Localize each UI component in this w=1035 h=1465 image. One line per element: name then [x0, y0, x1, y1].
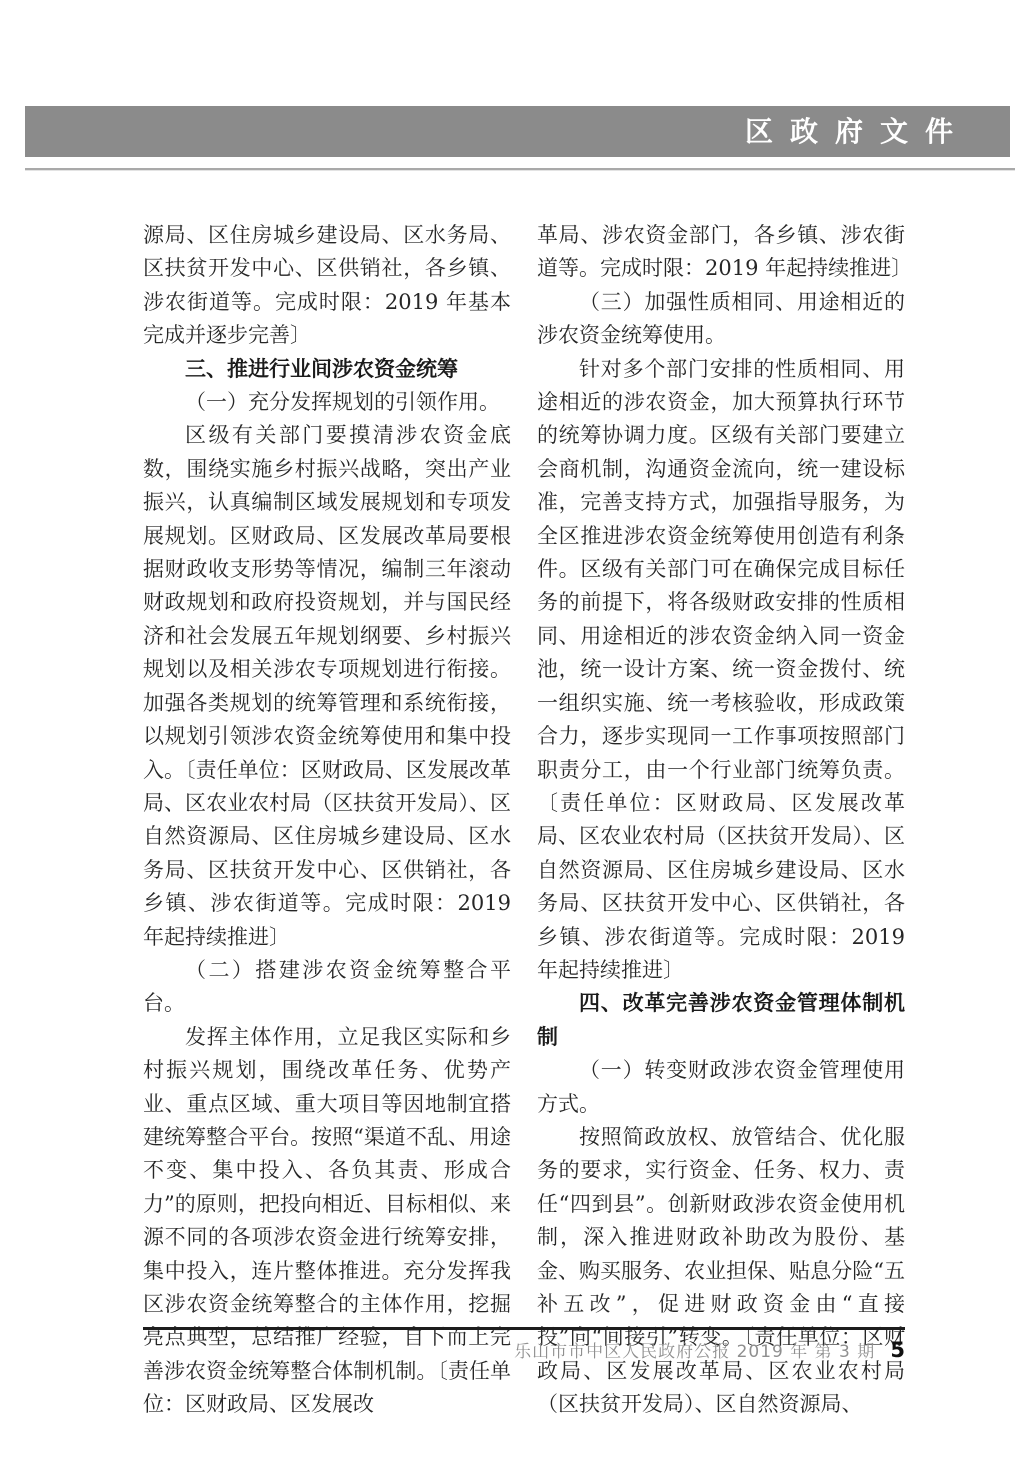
subsection-heading: （一）充分发挥规划的引领作用。 [143, 386, 511, 419]
page-number: 5 [890, 1338, 905, 1362]
paragraph-continuation: 源局、区住房城乡建设局、区水务局、区扶贫开发中心、区供销社，各乡镇、涉农街道等。… [143, 219, 511, 353]
text-columns: 源局、区住房城乡建设局、区水务局、区扶贫开发中心、区供销社，各乡镇、涉农街道等。… [143, 219, 905, 1422]
subsection-heading: （一）转变财政涉农资金管理使用方式。 [537, 1054, 905, 1121]
header-banner: 区政府文件 [25, 106, 1010, 157]
banner-title: 区政府文件 [745, 118, 970, 146]
subsection-heading: （三）加强性质相同、用途相近的涉农资金统筹使用。 [537, 286, 905, 353]
section-heading: 四、改革完善涉农资金管理体制机制 [537, 987, 905, 1054]
footer: 乐山市市中区人民政府公报 2019 年 第 3 期 5 [143, 1337, 905, 1362]
column-left: 源局、区住房城乡建设局、区水务局、区扶贫开发中心、区供销社，各乡镇、涉农街道等。… [143, 219, 511, 1422]
paragraph-continuation: 革局、涉农资金部门，各乡镇、涉农街道等。完成时限：2019 年起持续推进〕 [537, 219, 905, 286]
gazette-page: 区政府文件 源局、区住房城乡建设局、区水务局、区扶贫开发中心、区供销社，各乡镇、… [0, 0, 1035, 1465]
footer-divider-line [143, 1327, 905, 1330]
journal-title: 乐山市市中区人民政府公报 2019 年 第 3 期 [514, 1342, 875, 1362]
paragraph: 按照简政放权、放管结合、优化服务的要求，实行资金、任务、权力、责任“四到县”。创… [537, 1121, 905, 1422]
paragraph: 针对多个部门安排的性质相同、用途相近的涉农资金，加大预算执行环节的统筹协调力度。… [537, 353, 905, 988]
column-right: 革局、涉农资金部门，各乡镇、涉农街道等。完成时限：2019 年起持续推进〕 （三… [537, 219, 905, 1422]
header-divider-line [25, 168, 1015, 170]
subsection-heading: （二）搭建涉农资金统筹整合平台。 [143, 954, 511, 1021]
section-heading: 三、推进行业间涉农资金统筹 [143, 353, 511, 386]
paragraph: 区级有关部门要摸清涉农资金底数，围绕实施乡村振兴战略，突出产业振兴，认真编制区域… [143, 419, 511, 954]
